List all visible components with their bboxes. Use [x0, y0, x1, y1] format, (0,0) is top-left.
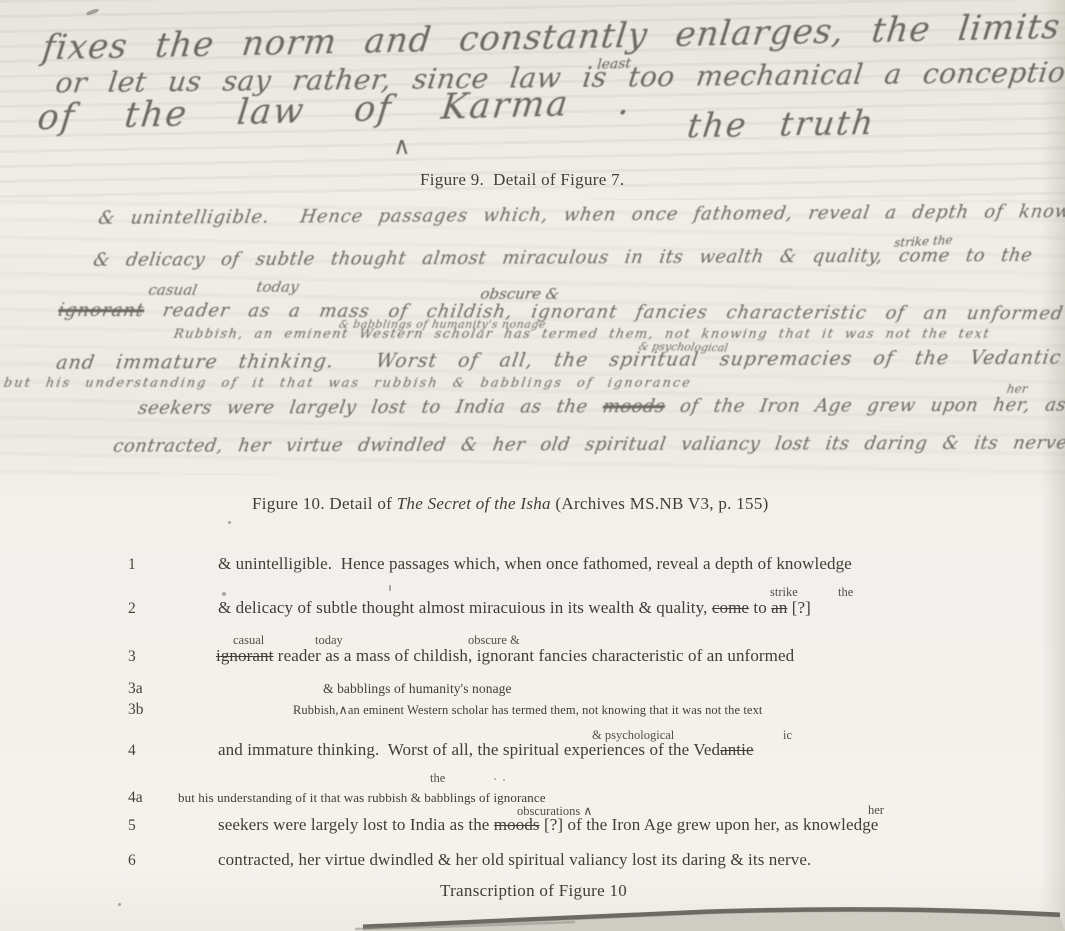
- handwriting-line: & delicacy of subtle thought almost mira…: [92, 245, 1034, 271]
- caption-title-italic: The Secret of the Isha: [397, 494, 551, 513]
- line-number: 2: [128, 600, 136, 618]
- handwriting-line: Rubbish, an eminent Western scholar has …: [173, 327, 992, 342]
- transcription-line: & unintelligible. Hence passages which, …: [218, 554, 852, 574]
- transcription-line: contracted, her virtue dwindled & her ol…: [218, 850, 811, 870]
- handwriting-line: & unintelligible. Hence passages which, …: [97, 201, 1065, 229]
- text-segment: reader as a mass of childish, ignorant f…: [273, 646, 794, 665]
- handwriting-caret: ∧: [393, 132, 411, 160]
- scan-speck: [228, 521, 231, 524]
- transcription-line: ignorant reader as a mass of childish, i…: [216, 646, 794, 666]
- line-number: 3a: [128, 680, 143, 698]
- text-segment: & unintelligible. Hence passages which, …: [218, 554, 852, 573]
- transcription-line: and immature thinking. Worst of all, the…: [218, 740, 754, 760]
- scanned-page: { "figure9": { "caption": "Figure 9. Det…: [0, 0, 1065, 931]
- handwriting-text: reader as a mass of childish, ignorant f…: [161, 300, 1065, 324]
- struck-word: antie: [720, 740, 754, 759]
- struck-word: come: [712, 598, 749, 617]
- handwriting-line: ignorant reader as a mass of childish, i…: [57, 300, 1065, 324]
- line-number: 4: [128, 742, 136, 760]
- handwriting-text: seekers were largely lost to India as th…: [137, 396, 605, 419]
- handwriting-line: but his understanding of it that was rub…: [3, 376, 693, 391]
- scan-speck: [494, 778, 496, 780]
- text-segment: but his understanding of it that was rub…: [178, 790, 546, 805]
- text-segment: [?] of the Iron Age grew upon her, as kn…: [540, 815, 879, 834]
- line-number: 6: [128, 852, 136, 870]
- text-segment: contracted, her virtue dwindled & her ol…: [218, 850, 811, 869]
- transcription-line: & babblings of humanity's nonage: [323, 681, 512, 697]
- text-segment: Rubbish,∧an eminent Western scholar has …: [293, 703, 763, 717]
- transcription-line: seekers were largely lost to India as th…: [218, 815, 878, 835]
- transcription-line: but his understanding of it that was rub…: [178, 790, 546, 806]
- struck-word: moods: [494, 815, 540, 834]
- handwriting-insertion: today: [255, 278, 300, 296]
- caption-text: Figure 10. Detail of: [252, 494, 397, 513]
- line-number: 1: [128, 556, 136, 574]
- handwriting-insertion: obscure &: [479, 285, 560, 303]
- transcription-line: Rubbish,∧an eminent Western scholar has …: [293, 702, 763, 718]
- line-number: 4a: [128, 789, 143, 807]
- text-segment: & delicacy of subtle thought almost mira…: [218, 598, 712, 617]
- handwriting-line: the truth: [685, 103, 877, 145]
- caption-text: (Archives MS.NB V3, p. 155): [551, 494, 769, 513]
- interlinear-annotation: the: [838, 585, 853, 600]
- handwriting-line: contracted, her virtue dwindled & her ol…: [112, 433, 1065, 457]
- scan-speck: [503, 779, 505, 781]
- handwriting-insertion: her: [1006, 382, 1029, 396]
- scan-speck: [222, 592, 226, 596]
- line-number: 5: [128, 817, 136, 835]
- text-segment: & babblings of humanity's nonage: [323, 681, 512, 696]
- scan-speck: [86, 8, 100, 16]
- handwriting-struck-word: ignorant: [57, 300, 146, 321]
- line-number: 3: [128, 648, 136, 666]
- scan-edge-shadow: [1041, 0, 1065, 931]
- figure9-caption: Figure 9. Detail of Figure 7.: [420, 170, 624, 190]
- handwriting-text: of the Iron Age grew upon her, as knowle…: [663, 394, 1065, 417]
- handwriting-struck-word: moods: [601, 396, 666, 417]
- struck-word: an: [771, 598, 787, 617]
- text-segment: seekers were largely lost to India as th…: [218, 815, 494, 834]
- interlinear-annotation: ic: [783, 728, 792, 743]
- figure10-caption: Figure 10. Detail of The Secret of the I…: [252, 494, 769, 514]
- interlinear-annotation: the: [430, 771, 445, 786]
- handwriting-line: and immature thinking. Worst of all, the…: [55, 347, 1064, 374]
- transcription-line: & delicacy of subtle thought almost mira…: [218, 598, 811, 618]
- text-segment: and immature thinking. Worst of all, the…: [218, 740, 720, 759]
- struck-word: ignorant: [216, 646, 273, 665]
- scan-speck: [118, 903, 121, 906]
- scan-speck: [389, 585, 391, 591]
- handwriting-insertion: casual: [147, 281, 198, 299]
- page-curl-shadow: [355, 902, 1065, 931]
- line-number: 3b: [128, 701, 144, 719]
- transcription-caption: Transcription of Figure 10: [440, 881, 627, 901]
- handwriting-line: seekers were largely lost to India as th…: [137, 394, 1065, 419]
- text-segment: [?]: [787, 598, 811, 617]
- text-segment: to: [749, 598, 771, 617]
